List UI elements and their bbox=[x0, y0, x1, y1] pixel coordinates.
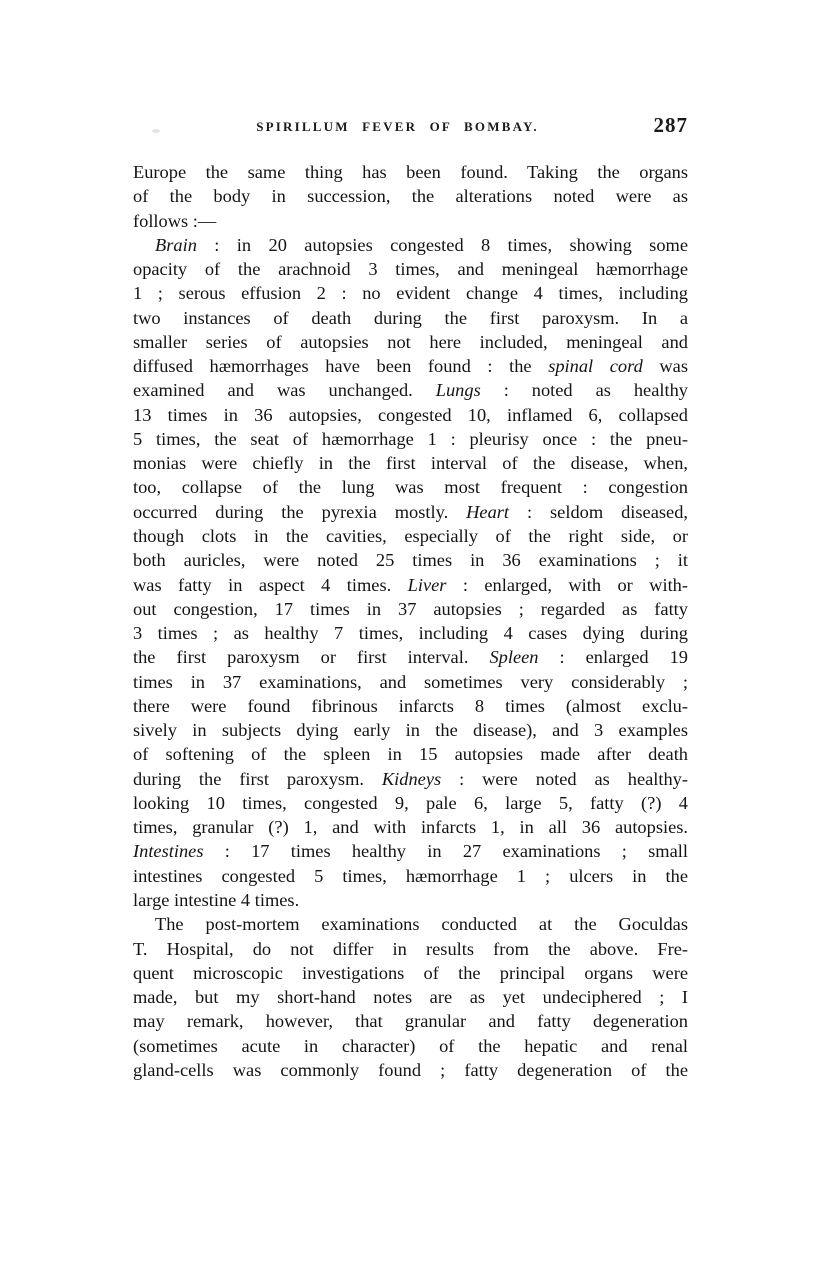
text-line: 13 times in 36 autopsies, congested 10, … bbox=[133, 403, 688, 427]
paragraph: Europe the same thing has been found. Ta… bbox=[133, 160, 688, 233]
text-line: made, but my short-hand notes are as yet… bbox=[133, 985, 688, 1009]
text-line: looking 10 times, congested 9, pale 6, l… bbox=[133, 791, 688, 815]
text-line: may remark, however, that granular and f… bbox=[133, 1009, 688, 1033]
text-line: intestines congested 5 times, hæmorrhage… bbox=[133, 864, 688, 888]
page-number: 287 bbox=[654, 113, 689, 138]
text-line: both auricles, were noted 25 times in 36… bbox=[133, 548, 688, 572]
text-line: 3 times ; as healthy 7 times, including … bbox=[133, 621, 688, 645]
page-body: Europe the same thing has been found. Ta… bbox=[133, 160, 688, 1082]
text-line: of softening of the spleen in 15 autopsi… bbox=[133, 742, 688, 766]
text-line: large intestine 4 times. bbox=[133, 888, 688, 912]
text-line: diffused hæmorrhages have been found : t… bbox=[133, 354, 688, 378]
running-header: SPIRILLUM FEVER OF BOMBAY. 287 bbox=[133, 117, 688, 141]
text-line: there were found fibrinous infarcts 8 ti… bbox=[133, 694, 688, 718]
text-line: T. Hospital, do not differ in results fr… bbox=[133, 937, 688, 961]
text-line: gland-cells was commonly found ; fatty d… bbox=[133, 1058, 688, 1082]
text-line: smaller series of autopsies not here inc… bbox=[133, 330, 688, 354]
text-line: The post-mortem examinations conducted a… bbox=[133, 912, 688, 936]
text-line: follows :— bbox=[133, 209, 688, 233]
text-line: examined and was unchanged. Lungs : note… bbox=[133, 378, 688, 402]
text-line: 1 ; serous effusion 2 : no evident chang… bbox=[133, 281, 688, 305]
text-line: the first paroxysm or first interval. Sp… bbox=[133, 645, 688, 669]
text-line: quent microscopic investigations of the … bbox=[133, 961, 688, 985]
paragraph: The post-mortem examinations conducted a… bbox=[133, 912, 688, 1082]
text-line: out congestion, 17 times in 37 autopsies… bbox=[133, 597, 688, 621]
text-line: opacity of the arachnoid 3 times, and me… bbox=[133, 257, 688, 281]
text-line: (sometimes acute in character) of the he… bbox=[133, 1034, 688, 1058]
text-line: though clots in the cavities, especially… bbox=[133, 524, 688, 548]
text-line: two instances of death during the first … bbox=[133, 306, 688, 330]
text-line: too, collapse of the lung was most frequ… bbox=[133, 475, 688, 499]
text-line: Intestines : 17 times healthy in 27 exam… bbox=[133, 839, 688, 863]
text-line: times in 37 examinations, and sometimes … bbox=[133, 670, 688, 694]
text-line: of the body in succession, the alteratio… bbox=[133, 184, 688, 208]
text-line: Brain : in 20 autopsies congested 8 time… bbox=[133, 233, 688, 257]
text-line: was fatty in aspect 4 times. Liver : enl… bbox=[133, 573, 688, 597]
text-line: occurred during the pyrexia mostly. Hear… bbox=[133, 500, 688, 524]
page-title: SPIRILLUM FEVER OF BOMBAY. bbox=[133, 119, 688, 135]
text-line: during the first paroxysm. Kidneys : wer… bbox=[133, 767, 688, 791]
paragraph: Brain : in 20 autopsies congested 8 time… bbox=[133, 233, 688, 912]
text-line: sively in subjects dying early in the di… bbox=[133, 718, 688, 742]
book-page: SPIRILLUM FEVER OF BOMBAY. 287 Europe th… bbox=[0, 0, 816, 1271]
text-line: Europe the same thing has been found. Ta… bbox=[133, 160, 688, 184]
text-line: monias were chiefly in the first interva… bbox=[133, 451, 688, 475]
text-line: 5 times, the seat of hæmorrhage 1 : pleu… bbox=[133, 427, 688, 451]
text-line: times, granular (?) 1, and with infarcts… bbox=[133, 815, 688, 839]
